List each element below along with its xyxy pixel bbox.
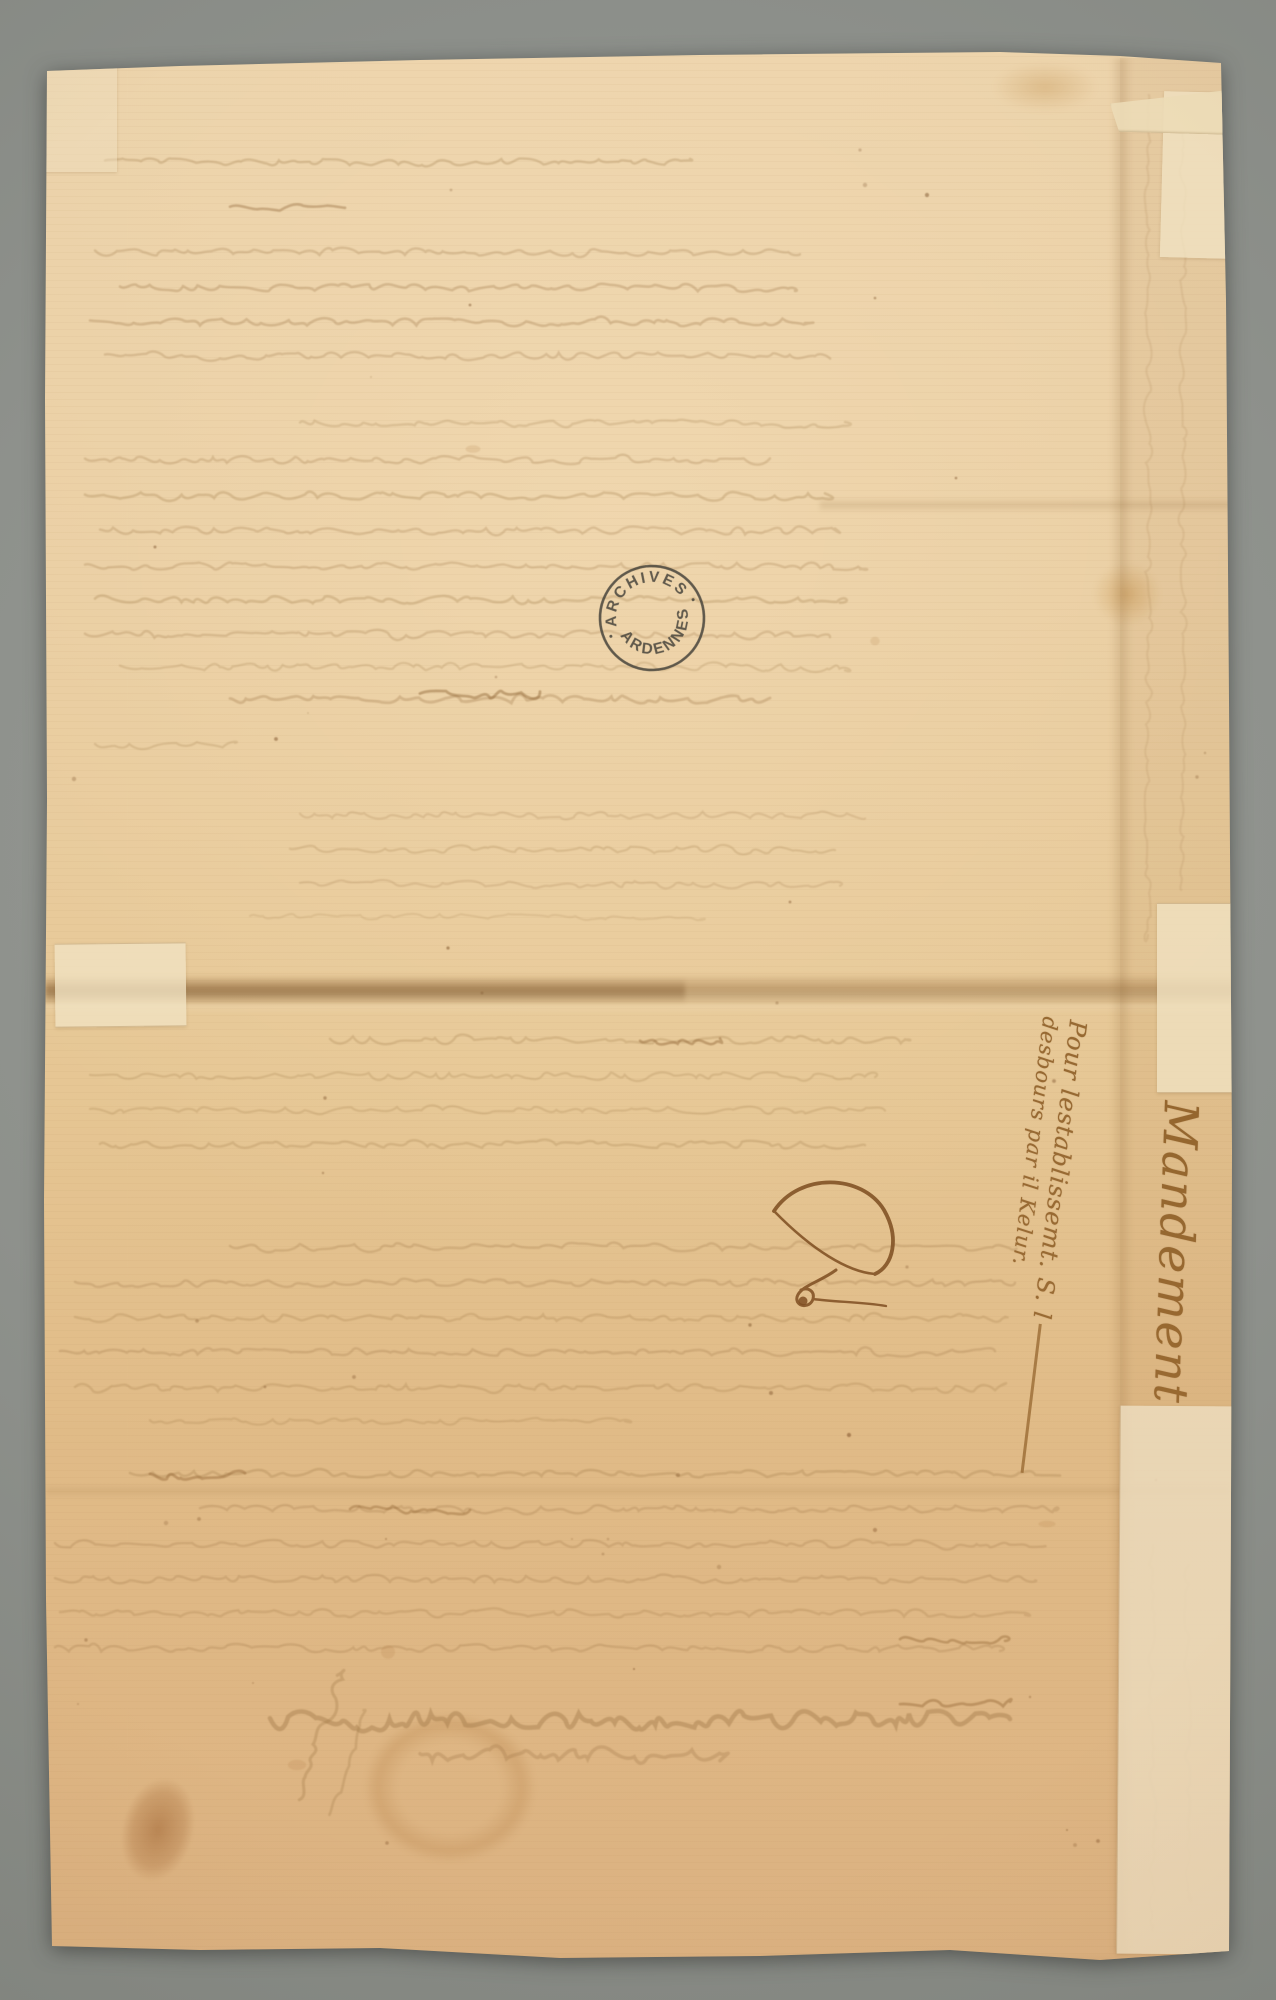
manuscript-page: ARCHIVES ARDENNES Pour lestablissemt. S. <box>0 0 1276 2000</box>
photo-backdrop: ARCHIVES ARDENNES Pour lestablissemt. S. <box>0 0 1276 2000</box>
page-shadow-wrapper: ARCHIVES ARDENNES Pour lestablissemt. S. <box>0 0 1276 2000</box>
paper-edge-shading <box>0 0 1276 2000</box>
